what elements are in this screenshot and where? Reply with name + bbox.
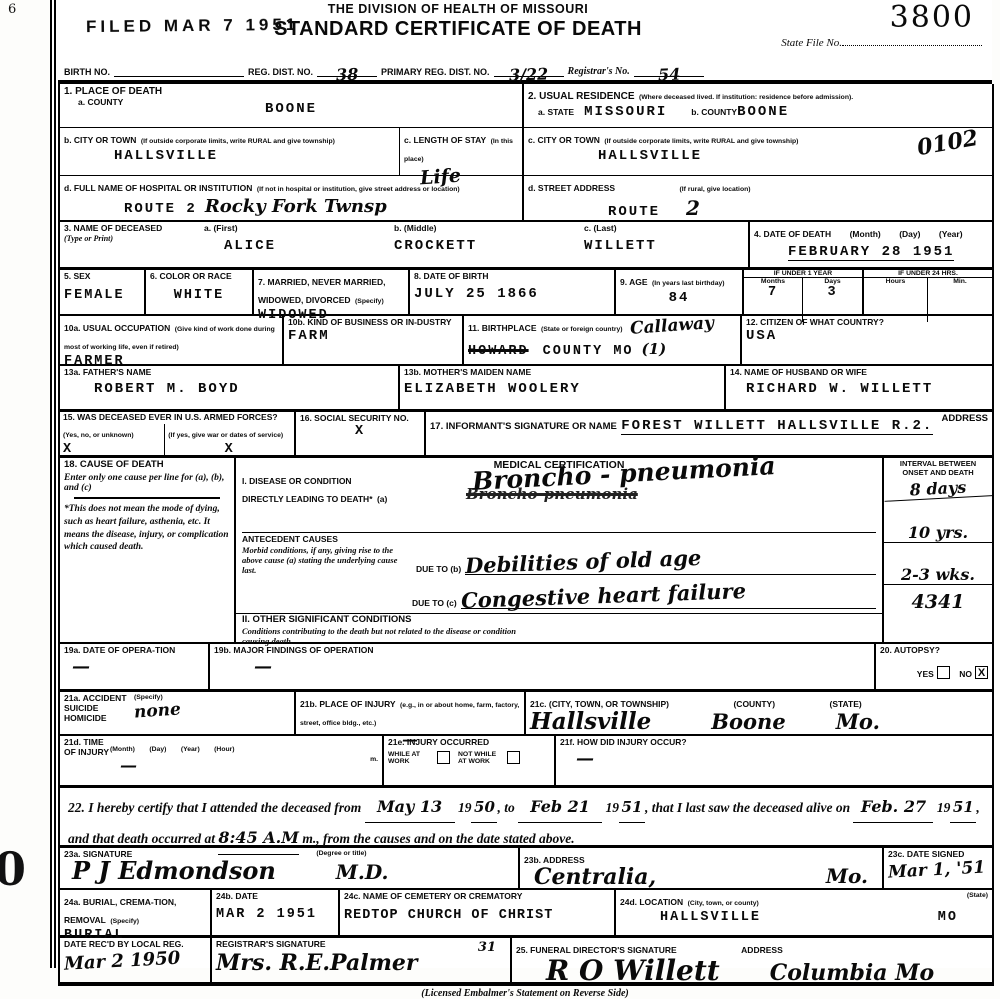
not-while-at-work-checkbox <box>507 751 520 764</box>
operation-findings-label: 19b. MAJOR FINDINGS OF OPERATION <box>214 646 870 656</box>
toi-year: (Year) <box>181 746 200 753</box>
registrar-signature-value: Mrs. R.E.Palmer <box>216 950 506 972</box>
certify-y3: 51 <box>950 793 976 823</box>
birthplace-typed: COUNTY MO <box>543 344 634 359</box>
dob-label: 8. DATE OF BIRTH <box>414 272 610 282</box>
certify-p1: 19 <box>458 800 472 815</box>
registrar-number: 31 <box>478 940 496 955</box>
birthplace-struck: HOWARD <box>468 344 529 359</box>
autopsy-label: 20. AUTOPSY? <box>880 646 988 656</box>
burial-note: (Specify) <box>110 918 139 925</box>
certificate-sheet: FILED MAR 7 1951 THE DIVISION OF HEALTH … <box>50 0 992 968</box>
accident-label: 21a. ACCIDENT SUICIDE HOMICIDE <box>64 694 134 723</box>
res-city-note: (If outside corporate limits, write RURA… <box>604 138 798 145</box>
injury-state-label: (STATE) <box>829 699 861 709</box>
disease-label-2: DIRECTLY LEADING TO DEATH* <box>242 494 373 504</box>
date-received-value: Mar 2 1950 <box>64 946 207 972</box>
age-label: 9. AGE <box>620 277 648 287</box>
autopsy-no-checkbox: X <box>975 666 988 679</box>
usual-residence-section: 2. USUAL RESIDENCE (Where deceased lived… <box>524 84 992 220</box>
birthplace-hw: Callaway <box>629 313 714 339</box>
pod-institution-label: d. FULL NAME OF HOSPITAL OR INSTITUTION <box>64 183 252 193</box>
date-signed-value: Mar 1, '51 <box>888 857 989 882</box>
certify-no: 22. <box>68 800 85 815</box>
injury-city-value: Hallsville <box>530 708 651 735</box>
age-note: (In years last birthday) <box>652 280 725 287</box>
cemetery-value: REDTOP CHURCH OF CHRIST <box>344 908 610 923</box>
due-to-c-label: DUE TO (c) <box>412 599 457 609</box>
spouse-label: 14. NAME OF HUSBAND OR WIFE <box>730 368 988 378</box>
toi-month: (Month) <box>110 746 135 753</box>
due-to-b-label: DUE TO (b) <box>416 565 461 575</box>
interval-c: 2-3 wks. <box>884 565 992 585</box>
place-of-death-title: 1. PLACE OF DEATH <box>64 86 518 98</box>
funeral-director-address-label: ADDRESS <box>741 945 783 955</box>
res-city-label: c. CITY OR TOWN <box>528 135 600 145</box>
sex-label: 5. SEX <box>64 272 140 282</box>
funeral-director-address-value: Columbia Mo <box>770 960 935 972</box>
citizen-value: USA <box>746 328 988 344</box>
time-of-injury-label: 21d. TIME OF INJURY <box>64 738 110 776</box>
accident-value: none <box>133 699 181 722</box>
deceased-sub: (Type or Print) <box>64 234 196 243</box>
interval-other: 4341 <box>884 591 992 613</box>
certificate-table: 1. PLACE OF DEATH a. COUNTY BOONE b. CIT… <box>58 84 994 972</box>
autopsy-no-label: NO <box>959 669 972 679</box>
certify-v1: May 13 <box>365 792 455 823</box>
residence-note: (Where deceased lived. If institution: r… <box>639 94 853 101</box>
last-name-value: WILLETT <box>584 238 744 254</box>
disease-label-1: I. DISEASE OR CONDITION <box>242 476 352 486</box>
cause-c-value: Congestive heart failure <box>460 578 746 613</box>
antecedent-label: ANTECEDENT CAUSES <box>242 535 876 545</box>
signature-value: P J Edmondson <box>72 856 276 885</box>
res-county-label: b. COUNTY <box>691 108 737 118</box>
certify-y1: 50 <box>471 793 497 823</box>
reg-dist-hw: 38 <box>336 65 359 85</box>
middle-name-value: CROCKETT <box>394 238 576 254</box>
cemetery-label: 24c. NAME OF CEMETERY OR CREMATORY <box>344 892 610 902</box>
mother-label: 13b. MOTHER'S MAIDEN NAME <box>404 368 720 378</box>
primary-reg-label: PRIMARY REG. DIST. NO. <box>381 67 490 77</box>
birthplace-hw2: (1) <box>642 340 667 358</box>
other-conditions-label: II. OTHER SIGNIFICANT CONDITIONS <box>242 615 876 626</box>
scan-artifact-margin-zero: 0 <box>0 842 26 896</box>
middle-name-label: b. (Middle) <box>394 224 576 234</box>
months-label: Months <box>744 278 802 285</box>
injury-state-value: Mo. <box>836 709 880 734</box>
cause-instruction: Enter only one cause per line for (a), (… <box>64 473 230 493</box>
cause-label: 18. CAUSE OF DEATH <box>64 460 230 471</box>
res-street-hw: 2 <box>686 196 700 220</box>
interval-b: 10 yrs. <box>884 523 992 543</box>
dob-value: JULY 25 1866 <box>414 286 610 302</box>
hours-label: Hours <box>864 278 927 285</box>
how-injury-value: — <box>576 748 988 769</box>
marital-note: (Specify) <box>355 298 384 305</box>
interval-a: 8 days <box>884 476 993 502</box>
autopsy-yes-label: YES <box>917 669 934 679</box>
dod-value: FEBRUARY 28 1951 <box>788 244 954 261</box>
res-street-note: (If rural, give location) <box>680 186 751 193</box>
burial-location-note: (City, town, or county) <box>688 900 759 907</box>
certify-p2: 19 <box>605 800 619 815</box>
sex-value: FEMALE <box>64 288 140 303</box>
mother-value: ELIZABETH WOOLERY <box>404 381 720 397</box>
pod-county-value: BOONE <box>64 101 518 117</box>
under1-label: IF UNDER 1 YEAR <box>744 270 862 278</box>
toi-day: (Day) <box>149 746 166 753</box>
months-value: 7 <box>744 285 802 300</box>
dod-year-label: (Year) <box>939 229 963 239</box>
min-label: Min. <box>928 278 992 285</box>
document-title: STANDARD CERTIFICATE OF DEATH <box>248 18 668 41</box>
injury-county-value: Boone <box>711 709 785 734</box>
operation-findings-value: — <box>254 656 870 677</box>
disease-a-tag: (a) <box>377 494 387 504</box>
burial-state-note: (State) <box>967 892 988 899</box>
age-value: 84 <box>620 290 738 306</box>
deceased-label: 3. NAME OF DECEASED <box>64 224 196 234</box>
pod-city-value: HALLSVILLE <box>114 148 395 164</box>
toi-value: — <box>120 756 137 776</box>
dod-label: 4. DATE OF DEATH <box>754 229 831 239</box>
physician-address-state: Mo. <box>826 864 868 890</box>
certify-t1: I hereby certify that I attended the dec… <box>88 800 361 815</box>
physician-address-value: Centralia, <box>534 864 656 890</box>
state-file-blank <box>842 36 982 46</box>
business-label: 10b. KIND OF BUSINESS OR IN-DUSTRY <box>288 318 458 328</box>
res-street-value: ROUTE <box>608 204 660 220</box>
while-at-work-checkbox <box>437 751 450 764</box>
pod-city-label: b. CITY OR TOWN <box>64 135 136 145</box>
certificate-number: 3800 <box>890 0 974 35</box>
certify-v2: Feb 21 <box>518 792 602 823</box>
medical-certification: MEDICAL CERTIFICATION I. DISEASE OR COND… <box>236 458 884 642</box>
certify-t2: , to <box>497 800 514 815</box>
citizen-label: 12. CITIZEN OF WHAT COUNTRY? <box>746 318 988 328</box>
father-value: ROBERT M. BOYD <box>94 381 394 397</box>
org-title: THE DIVISION OF HEALTH OF MISSOURI <box>248 2 668 16</box>
injury-county-label: (COUNTY) <box>733 699 775 709</box>
birthplace-note: (State or foreign country) <box>541 326 623 333</box>
business-value: FARM <box>288 328 458 344</box>
header: FILED MAR 7 1951 THE DIVISION OF HEALTH … <box>58 0 992 58</box>
burial-location-value: HALLSVILLE <box>660 910 761 925</box>
registrar-no-value: 54 <box>634 65 704 77</box>
injury-occurred-label: 21e. INJURY OCCURRED <box>388 738 550 748</box>
toi-hour-suffix: m. <box>370 756 378 776</box>
last-name-label: c. (Last) <box>584 224 744 234</box>
race-value: WHITE <box>150 288 248 303</box>
while-at-work-label: WHILE AT WORK <box>388 751 434 765</box>
morbid-note: Morbid conditions, if any, giving rise t… <box>242 545 412 575</box>
operation-date-label: 19a. DATE OF OPERA-TION <box>64 646 204 656</box>
armed-note1: (Yes, no, or unknown) <box>63 432 134 439</box>
first-name-label: a. (First) <box>204 224 386 234</box>
informant-value: FOREST WILLETT HALLSVILLE R.2. <box>621 418 933 435</box>
registrar-signature-label: REGISTRAR'S SIGNATURE <box>216 940 506 950</box>
degree-value: M.D. <box>336 860 389 884</box>
how-injury-label: 21f. HOW DID INJURY OCCUR? <box>560 738 988 748</box>
first-name-value: ALICE <box>224 238 386 254</box>
cause-a-struck: Broncho-pneumonia <box>466 485 638 503</box>
state-file-label: State File No. <box>781 37 842 49</box>
birthplace-label: 11. BIRTHPLACE <box>468 323 537 333</box>
reg-dist-label: REG. DIST. NO. <box>248 67 313 77</box>
armed-value1: X <box>63 442 161 457</box>
dod-day-label: (Day) <box>899 229 920 239</box>
certify-y2: 51 <box>619 793 645 823</box>
burial-location-label: 24d. LOCATION <box>620 897 683 907</box>
registration-row: BIRTH NO. REG. DIST. NO. 38 PRIMARY REG.… <box>58 58 992 84</box>
primary-reg-hw: 3/22 <box>509 64 549 84</box>
days-label: Days <box>803 278 862 285</box>
certify-t5: m., from the causes and on the date stat… <box>302 831 574 846</box>
toi-hour: (Hour) <box>214 746 234 753</box>
pod-city-note: (If outside corporate limits, write RURA… <box>141 138 335 145</box>
funeral-director-signature: R O Willett <box>546 954 720 972</box>
certify-p3: 19 <box>937 800 951 815</box>
race-label: 6. COLOR OR RACE <box>150 272 248 282</box>
armed-forces-label: 15. WAS DECEASED EVER IN U.S. ARMED FORC… <box>60 412 294 424</box>
operation-date-value: — <box>72 656 204 677</box>
under24-label: IF UNDER 24 HRS. <box>864 270 992 278</box>
dod-month-label: (Month) <box>850 229 881 239</box>
residence-title: 2. USUAL RESIDENCE <box>528 91 635 102</box>
res-county-value: BOONE <box>737 104 789 120</box>
certify-t3: , that I last saw the deceased alive on <box>645 800 850 815</box>
burial-date-value: MAR 2 1951 <box>216 907 334 922</box>
res-street-label: d. STREET ADDRESS <box>528 183 615 193</box>
pod-institution-hw: Rocky Fork Twnsp <box>205 196 387 217</box>
state-file-no: State File No. <box>781 36 982 49</box>
pod-stay-label: c. LENGTH OF STAY <box>404 135 486 145</box>
certification-statement: 22. I hereby certify that I attended the… <box>60 788 992 845</box>
days-value: 3 <box>803 285 862 300</box>
other-conditions-note: Conditions contributing to the death but… <box>242 626 542 646</box>
certify-v3: Feb. 27 <box>853 792 933 823</box>
occupation-label: 10a. USUAL OCCUPATION <box>64 323 170 333</box>
birth-no-label: BIRTH NO. <box>64 67 110 77</box>
cause-left-column: 18. CAUSE OF DEATH Enter only one cause … <box>60 458 236 642</box>
scan-artifact-corner: 6 <box>8 2 16 17</box>
place-of-death-section: 1. PLACE OF DEATH a. COUNTY BOONE b. CIT… <box>60 84 524 220</box>
res-state-label: a. STATE <box>538 108 574 118</box>
ssn-value: X <box>300 424 420 439</box>
birth-no-blank <box>114 65 244 77</box>
cause-footnote: *This does not mean the mode of dying, s… <box>64 503 230 554</box>
father-label: 13a. FATHER'S NAME <box>64 368 394 378</box>
autopsy-yes-checkbox <box>937 666 950 679</box>
informant-address-label: ADDRESS <box>942 414 988 425</box>
not-while-at-work-label: NOT WHILE AT WORK <box>458 751 504 765</box>
armed-note2: (If yes, give war or dates of service) <box>168 432 283 439</box>
informant-label: 17. INFORMANT'S SIGNATURE OR NAME <box>430 421 617 432</box>
place-of-injury-label: 21b. PLACE OF INJURY <box>300 699 396 709</box>
armed-value2: X <box>168 442 291 457</box>
registrar-no-label: Registrar's No. <box>568 66 630 77</box>
pod-institution-value: ROUTE 2 <box>124 201 197 217</box>
registrar-no-hw: 54 <box>657 65 680 85</box>
burial-state-value: MO <box>938 910 958 925</box>
reg-dist-value: 38 <box>317 65 377 77</box>
ssn-label: 16. SOCIAL SECURITY NO. <box>300 414 420 424</box>
primary-reg-value: 3/22 <box>494 65 564 77</box>
interval-column: INTERVAL BETWEEN ONSET AND DEATH 8 days … <box>884 458 992 642</box>
spouse-value: RICHARD W. WILLETT <box>746 381 988 397</box>
res-state-value: MISSOURI <box>584 104 667 120</box>
cause-b-value: Debilities of old age <box>465 545 702 578</box>
burial-date-label: 24b. DATE <box>216 892 334 902</box>
